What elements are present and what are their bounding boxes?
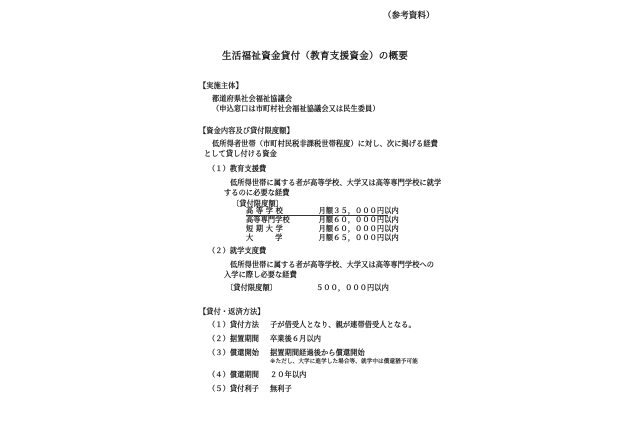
funds-intro-line: 低所得者世帯（市町村民税非課税世帯程度）に対し、次に掲げる経費	[212, 139, 438, 148]
repayment-item-value: 卒業後６月以内	[270, 334, 321, 343]
repayment-item-label: （２）据置期間	[208, 334, 259, 343]
limit-amount: 月額６０，０００円以内	[319, 215, 399, 224]
section-heading-funds: 【資金内容及び貸付限度額】	[199, 126, 294, 135]
repayment-note: ※ただし、大学に進学した場合等、就学中は償還猶予可能	[270, 358, 418, 367]
funds-intro-line: として貸し付ける資金	[204, 149, 277, 158]
repayment-item-label: （５）貸付利子	[208, 384, 259, 393]
limit-row-university: 大 学 月額６５，０００円以内	[246, 233, 399, 242]
implementer-line: （申込窓口は市町村社会福祉協議会又は民生委員）	[212, 104, 380, 113]
item2-desc-line: 低所得世帯に属する者が高等学校、大学又は高等専門学校への	[230, 260, 434, 269]
item1-desc-line: するのに必要な経費	[224, 188, 290, 197]
item2-limit-amount: ５００，０００円以内	[316, 283, 389, 292]
limit-amount: 月額６５，０００円以内	[319, 233, 399, 242]
section-heading-repayment: 【貸付・返済方法】	[199, 307, 265, 316]
repayment-item-value: ２０年以内	[270, 370, 306, 379]
repayment-item-value: 子が借受人となり、親が連帯借受人となる。	[270, 320, 416, 329]
repayment-item-value: 無利子	[270, 384, 292, 393]
repayment-item-label: （１）貸付方法	[208, 320, 259, 329]
reference-label: （参考資料）	[383, 12, 435, 21]
limit-row-technical-college: 高等専門学校 月額６０，０００円以内	[246, 215, 399, 224]
limit-school: 短 期 大 学	[246, 224, 308, 233]
limit-amount: 月額３５，０００円以内	[319, 206, 399, 215]
item2-label: （２）就学支度費	[208, 246, 266, 255]
limit-school: 高等専門学校	[246, 215, 308, 224]
section-heading-implementer: 【実施主体】	[199, 81, 243, 90]
item1-desc-line: 低所得世帯に属する者が高等学校、大学又は高等専門学校に就学	[230, 178, 441, 187]
page-title: 生活福祉資金貸付（教育支援資金）の概要	[222, 52, 408, 61]
repayment-item-label: （３）償還開始	[208, 348, 259, 357]
limit-amount: 月額６０，０００円以内	[319, 224, 399, 233]
limit-row-junior-college: 短 期 大 学 月額６０，０００円以内	[246, 224, 399, 233]
limit-school: 大 学	[246, 233, 308, 242]
implementer-line: 都道府県社会福祉協議会	[212, 94, 292, 103]
item2-limit-heading: 〔貸付限度額〕	[226, 283, 277, 292]
item2-desc-line: 入学に際し必要な経費	[224, 270, 297, 279]
limit-school: 高 等 学 校	[246, 206, 308, 215]
item1-label: （１）教育支援費	[208, 164, 266, 173]
repayment-item-label: （４）償還期間	[208, 370, 259, 379]
repayment-item-value: 据置期間経過後から償還開始	[270, 348, 365, 357]
